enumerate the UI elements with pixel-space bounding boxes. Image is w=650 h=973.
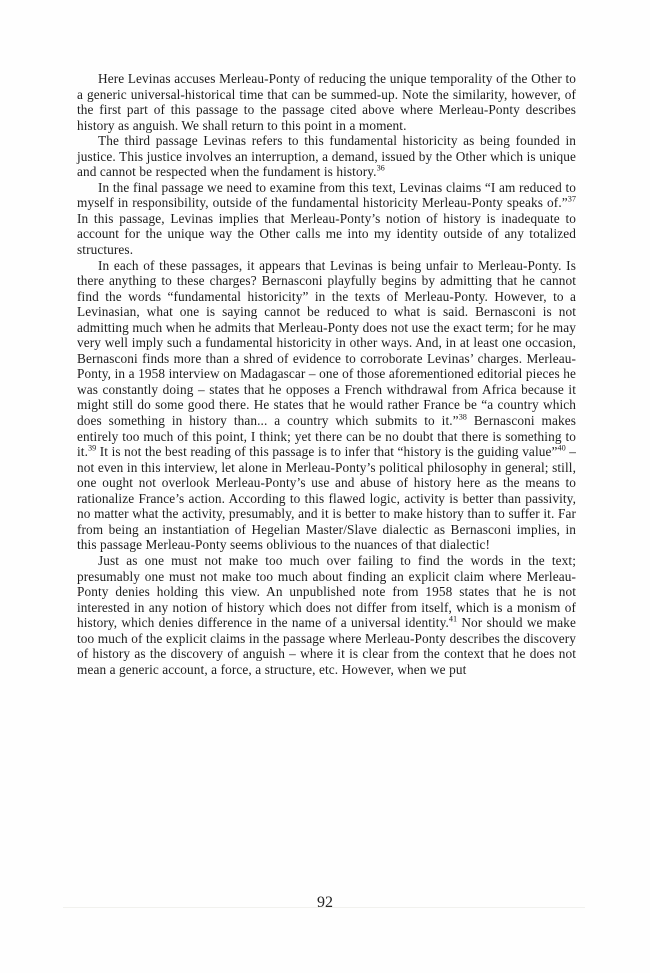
paragraph: In each of these passages, it appears th…: [77, 258, 576, 553]
scanned-page: Here Levinas accuses Merleau-Ponty of re…: [0, 0, 650, 973]
page-edge-line: [63, 907, 585, 908]
footnote-ref: 40: [558, 444, 566, 453]
footnote-ref: 41: [449, 615, 457, 624]
paragraph: The third passage Levinas refers to this…: [77, 133, 576, 180]
paragraph: Here Levinas accuses Merleau-Ponty of re…: [77, 71, 576, 133]
footnote-ref: 37: [568, 195, 576, 204]
page-text: Here Levinas accuses Merleau-Ponty of re…: [77, 71, 576, 677]
footnote-ref: 36: [377, 164, 385, 173]
paragraph: Just as one must not make too much over …: [77, 553, 576, 677]
paragraph: In the final passage we need to examine …: [77, 180, 576, 258]
footnote-ref: 38: [459, 413, 467, 422]
footnote-ref: 39: [88, 444, 96, 453]
page-number: 92: [0, 893, 650, 913]
